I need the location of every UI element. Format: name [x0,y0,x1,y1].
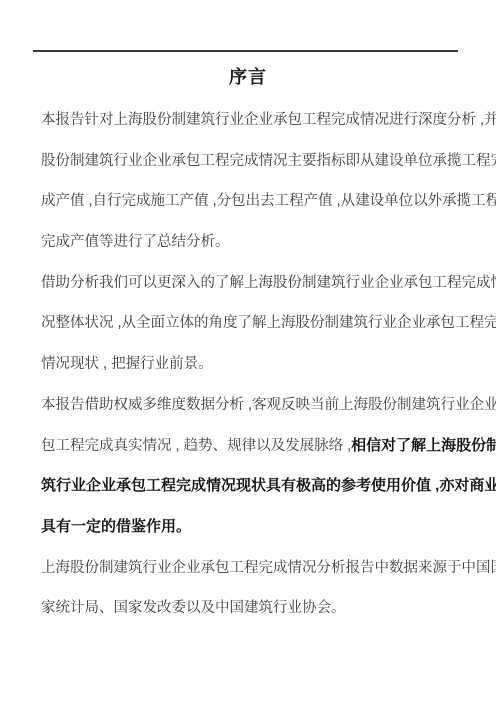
text-segment: 家统计局、国家发改委以及中国建筑行业协会。 [41,600,346,616]
bold-text-segment: 具有一定的借鉴作用。 [41,518,191,535]
text-line: 借助分析我们可以更深入的了解上海股份制建筑行业企业承包工程完成情 [41,263,465,304]
text-segment: 况整体状况 ,从全面立体的角度了解上海股份制建筑行业企业承包工程完成 [41,315,496,331]
text-line: 上海股份制建筑行业企业承包工程完成情况分析报告中数据来源于中国国 [41,548,465,589]
paragraph: 上海股份制建筑行业企业承包工程完成情况分析报告中数据来源于中国国家统计局、国家发… [41,548,465,629]
text-segment: 成产值 ,自行完成施工产值 ,分包出去工程产值 ,从建设单位以外承揽工程 [41,193,496,209]
page-title: 序言 [0,67,496,87]
text-line: 完成产值等进行了总结分析。 [41,222,465,263]
text-segment: 完成产值等进行了总结分析。 [41,234,230,250]
paragraph: 借助分析我们可以更深入的了解上海股份制建筑行业企业承包工程完成情况整体状况 ,从… [41,263,465,385]
text-segment: 情况现状 , 把握行业前景。 [41,356,213,372]
document-page: 序言 本报告针对上海股份制建筑行业企业承包工程完成情况进行深度分析 ,并对股份制… [0,0,496,701]
text-segment: 借助分析我们可以更深入的了解上海股份制建筑行业企业承包工程完成情 [41,275,496,291]
text-segment: 本报告借助权威多维度数据分析 ,客观反映当前上海股份制建筑行业企业承 [41,397,496,413]
bold-text-segment: 筑行业企业承包工程完成情况现状具有极高的参考使用价值 ,亦对商业决策 [41,477,496,494]
text-line: 股份制建筑行业企业承包工程完成情况主要指标即从建设单位承揽工程完 [41,141,465,182]
paragraph: 本报告借助权威多维度数据分析 ,客观反映当前上海股份制建筑行业企业承包工程完成真… [41,385,465,548]
text-segment: 上海股份制建筑行业企业承包工程完成情况分析报告中数据来源于中国国 [41,560,496,576]
text-line: 成产值 ,自行完成施工产值 ,分包出去工程产值 ,从建设单位以外承揽工程 [41,181,465,222]
text-segment: 本报告针对上海股份制建筑行业企业承包工程完成情况进行深度分析 ,并对 [41,112,496,128]
text-line: 况整体状况 ,从全面立体的角度了解上海股份制建筑行业企业承包工程完成 [41,303,465,344]
text-line: 本报告针对上海股份制建筑行业企业承包工程完成情况进行深度分析 ,并对 [41,100,465,141]
bold-text-segment: 相信对了解上海股份制建 [351,437,496,454]
text-segment: 股份制建筑行业企业承包工程完成情况主要指标即从建设单位承揽工程完 [41,153,496,169]
text-line: 情况现状 , 把握行业前景。 [41,344,465,385]
paragraph: 本报告针对上海股份制建筑行业企业承包工程完成情况进行深度分析 ,并对股份制建筑行… [41,100,465,263]
document-body: 本报告针对上海股份制建筑行业企业承包工程完成情况进行深度分析 ,并对股份制建筑行… [41,100,465,629]
text-segment: 包工程完成真实情况 , 趋势、规律以及发展脉络 , [41,438,351,454]
text-line: 具有一定的借鉴作用。 [41,507,465,548]
text-line: 包工程完成真实情况 , 趋势、规律以及发展脉络 ,相信对了解上海股份制建 [41,426,465,467]
header-rule [33,50,458,52]
text-line: 本报告借助权威多维度数据分析 ,客观反映当前上海股份制建筑行业企业承 [41,385,465,426]
text-line: 家统计局、国家发改委以及中国建筑行业协会。 [41,588,465,629]
text-line: 筑行业企业承包工程完成情况现状具有极高的参考使用价值 ,亦对商业决策 [41,466,465,507]
